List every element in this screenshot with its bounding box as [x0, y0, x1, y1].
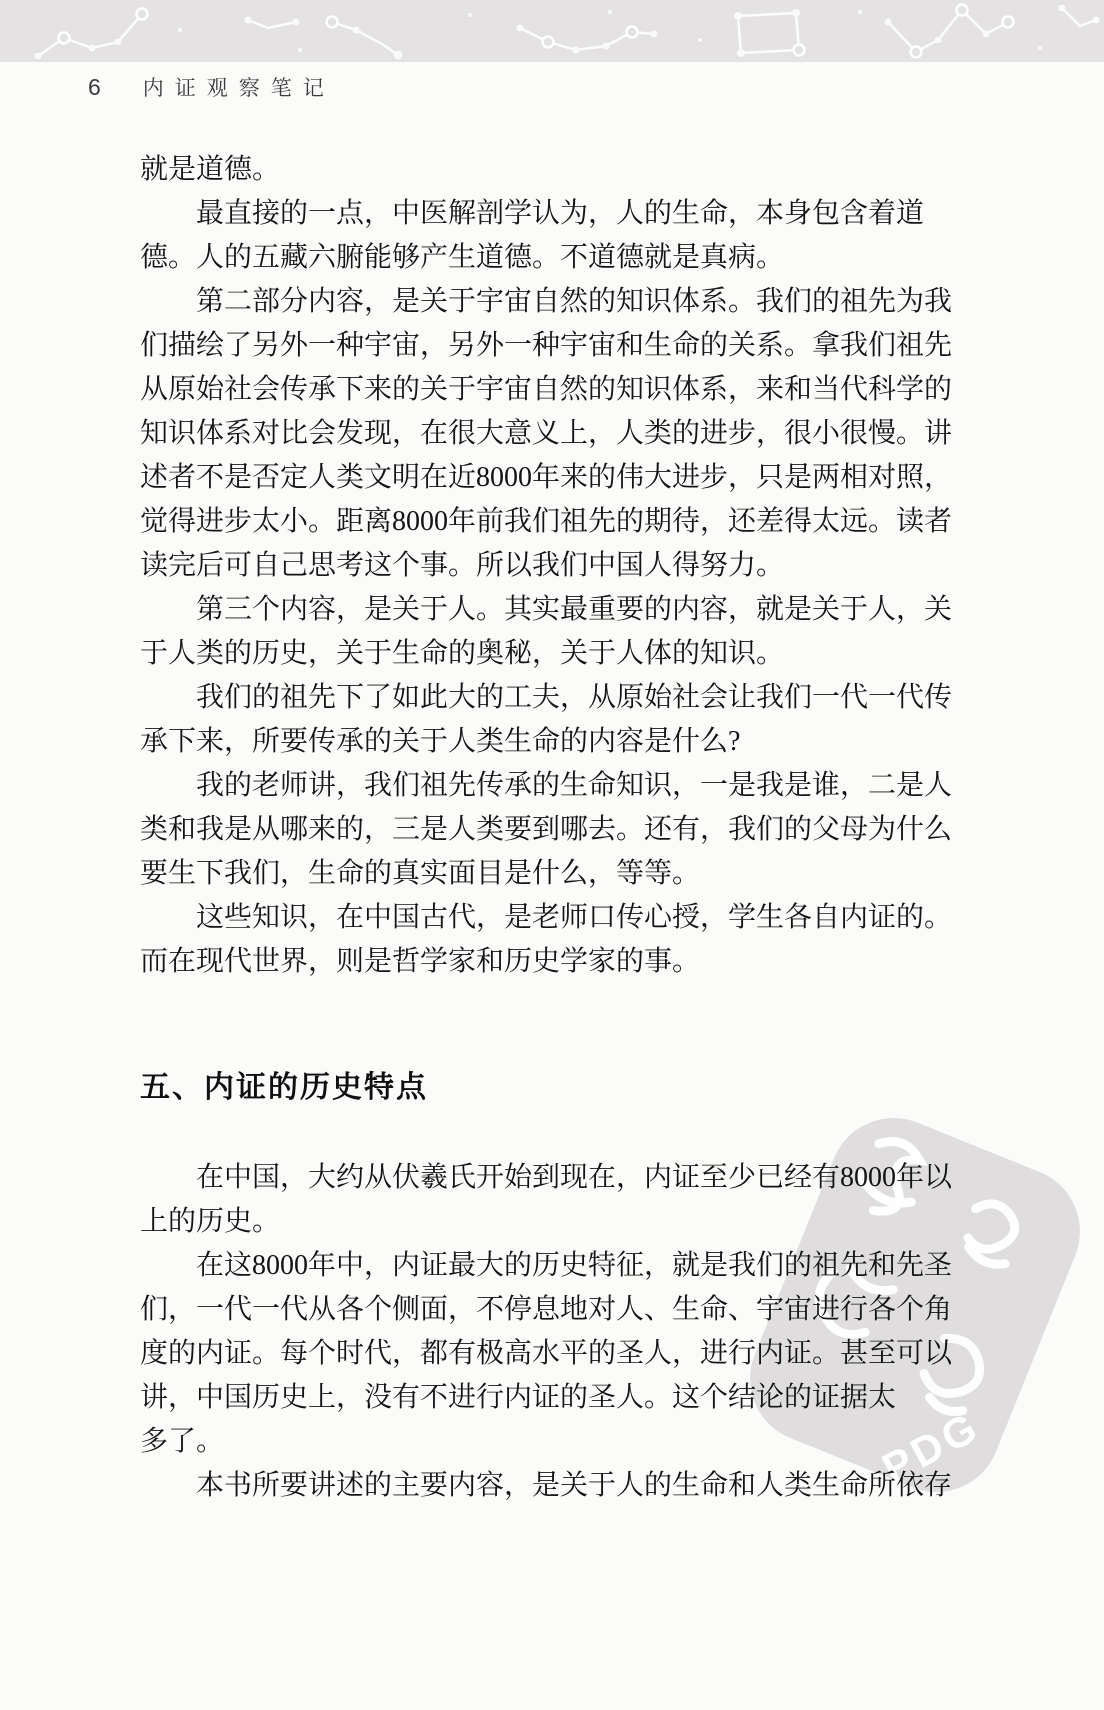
text-line: 最直接的一点，中医解剖学认为，人的生命，本身包含着道 [140, 192, 970, 236]
text-line: 觉得进步太小。距离8000年前我们祖先的期待，还差得太远。读者 [140, 500, 970, 544]
text-line: 读完后可自己思考这个事。所以我们中国人得努力。 [140, 544, 970, 588]
text-line: 述者不是否定人类文明在近8000年来的伟大进步，只是两相对照， [140, 456, 970, 500]
text-line: 们，一代一代从各个侧面，不停息地对人、生命、宇宙进行各个角 [140, 1288, 970, 1332]
book-title: 内证观察笔记 [143, 72, 335, 102]
text-line: 我的老师讲，我们祖先传承的生命知识，一是我是谁，二是人 [140, 764, 970, 808]
text-line: 我们的祖先下了如此大的工夫，从原始社会让我们一代一代传 [140, 676, 970, 720]
text-line: 从原始社会传承下来的关于宇宙自然的知识体系，来和当代科学的 [140, 368, 970, 412]
scanned-book-page: 6 内证观察笔记 PDG 就是道德。 最直接的一点，中医解剖学认为，人的生命，本… [0, 0, 1104, 1710]
text-line: 上的历史。 [140, 1200, 970, 1244]
text-line: 于人类的历史，关于生命的奥秘，关于人体的知识。 [140, 632, 970, 676]
text-line: 本书所要讲述的主要内容，是关于人的生命和人类生命所依存 [140, 1464, 970, 1508]
section-body: 在中国，大约从伏羲氏开始到现在，内证至少已经有8000年以 上的历史。 在这80… [140, 1156, 970, 1508]
text-line: 承下来，所要传承的关于人类生命的内容是什么? [140, 720, 970, 764]
section-heading: 五、内证的历史特点 [140, 1066, 970, 1110]
text-line: 就是道德。 [140, 148, 970, 192]
text-line: 第二部分内容，是关于宇宙自然的知识体系。我们的祖先为我 [140, 280, 970, 324]
text-line: 在中国，大约从伏羲氏开始到现在，内证至少已经有8000年以 [140, 1156, 970, 1200]
text-line: 在这8000年中，内证最大的历史特征，就是我们的祖先和先圣 [140, 1244, 970, 1288]
text-line: 而在现代世界，则是哲学家和历史学家的事。 [140, 940, 970, 984]
page-number: 6 [88, 74, 101, 101]
body-text: 就是道德。 最直接的一点，中医解剖学认为，人的生命，本身包含着道 德。人的五藏六… [140, 148, 970, 1508]
text-line: 第三个内容，是关于人。其实最重要的内容，就是关于人，关 [140, 588, 970, 632]
running-header: 6 内证观察笔记 [88, 72, 335, 102]
text-line: 们描绘了另外一种宇宙，另外一种宇宙和生命的关系。拿我们祖先 [140, 324, 970, 368]
text-line: 度的内证。每个时代，都有极高水平的圣人，进行内证。甚至可以 [140, 1332, 970, 1376]
text-line: 多了。 [140, 1420, 970, 1464]
text-line: 类和我是从哪来的，三是人类要到哪去。还有，我们的父母为什么 [140, 808, 970, 852]
text-line: 德。人的五藏六腑能够产生道德。不道德就是真病。 [140, 236, 970, 280]
text-line: 讲，中国历史上，没有不进行内证的圣人。这个结论的证据太 [140, 1376, 970, 1420]
text-line: 知识体系对比会发现，在很大意义上，人类的进步，很小很慢。讲 [140, 412, 970, 456]
text-line: 这些知识，在中国古代，是老师口传心授，学生各自内证的。 [140, 896, 970, 940]
text-line: 要生下我们，生命的真实面目是什么，等等。 [140, 852, 970, 896]
constellation-band-art [0, 0, 1104, 62]
